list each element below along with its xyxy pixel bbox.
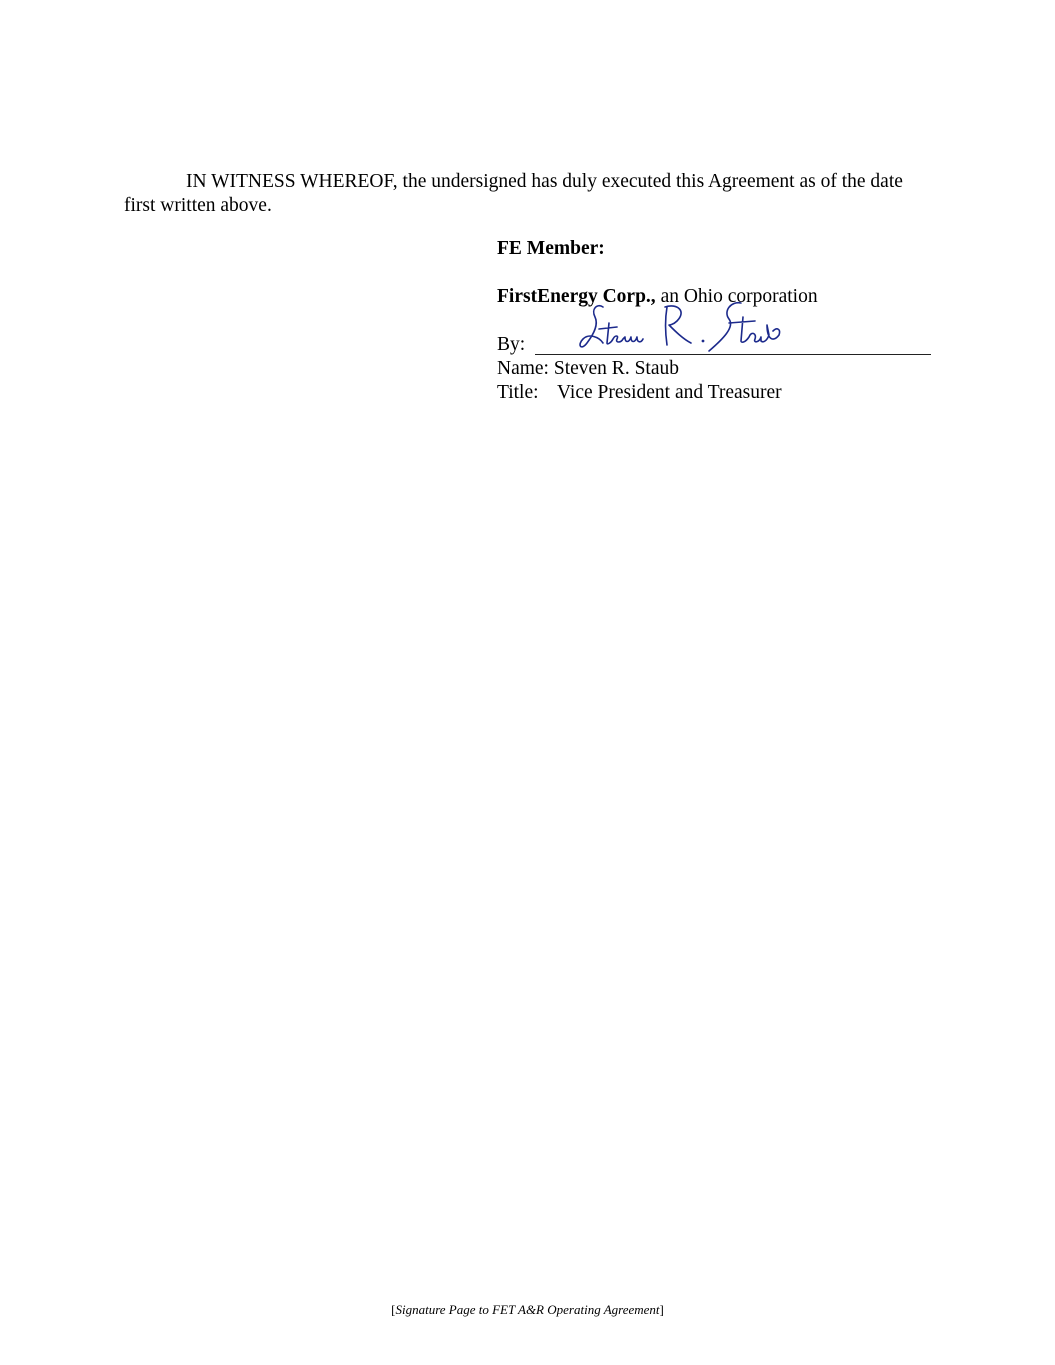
name-line: Name: Steven R. Staub <box>497 357 937 381</box>
footer-text: Signature Page to FET A&R Operating Agre… <box>395 1302 659 1317</box>
by-line: By: <box>497 333 937 357</box>
title-line: Title:Vice President and Treasurer <box>497 381 937 405</box>
signer-name: Steven R. Staub <box>554 358 679 379</box>
signer-title: Vice President and Treasurer <box>557 382 782 403</box>
witness-paragraph: IN WITNESS WHEREOF, the undersigned has … <box>124 170 924 218</box>
party-label: FE Member: <box>497 237 937 261</box>
footer-close-bracket: ] <box>660 1302 664 1317</box>
witness-paragraph-text: IN WITNESS WHEREOF, the undersigned has … <box>124 171 903 216</box>
name-label: Name: <box>497 358 549 379</box>
title-label: Title: <box>497 381 557 405</box>
signature-block: FE Member: FirstEnergy Corp., an Ohio co… <box>497 237 937 405</box>
handwritten-signature-icon <box>573 299 783 359</box>
by-label: By: <box>497 333 525 357</box>
page-footer: [Signature Page to FET A&R Operating Agr… <box>0 1302 1055 1318</box>
document-page: IN WITNESS WHEREOF, the undersigned has … <box>0 0 1055 1365</box>
